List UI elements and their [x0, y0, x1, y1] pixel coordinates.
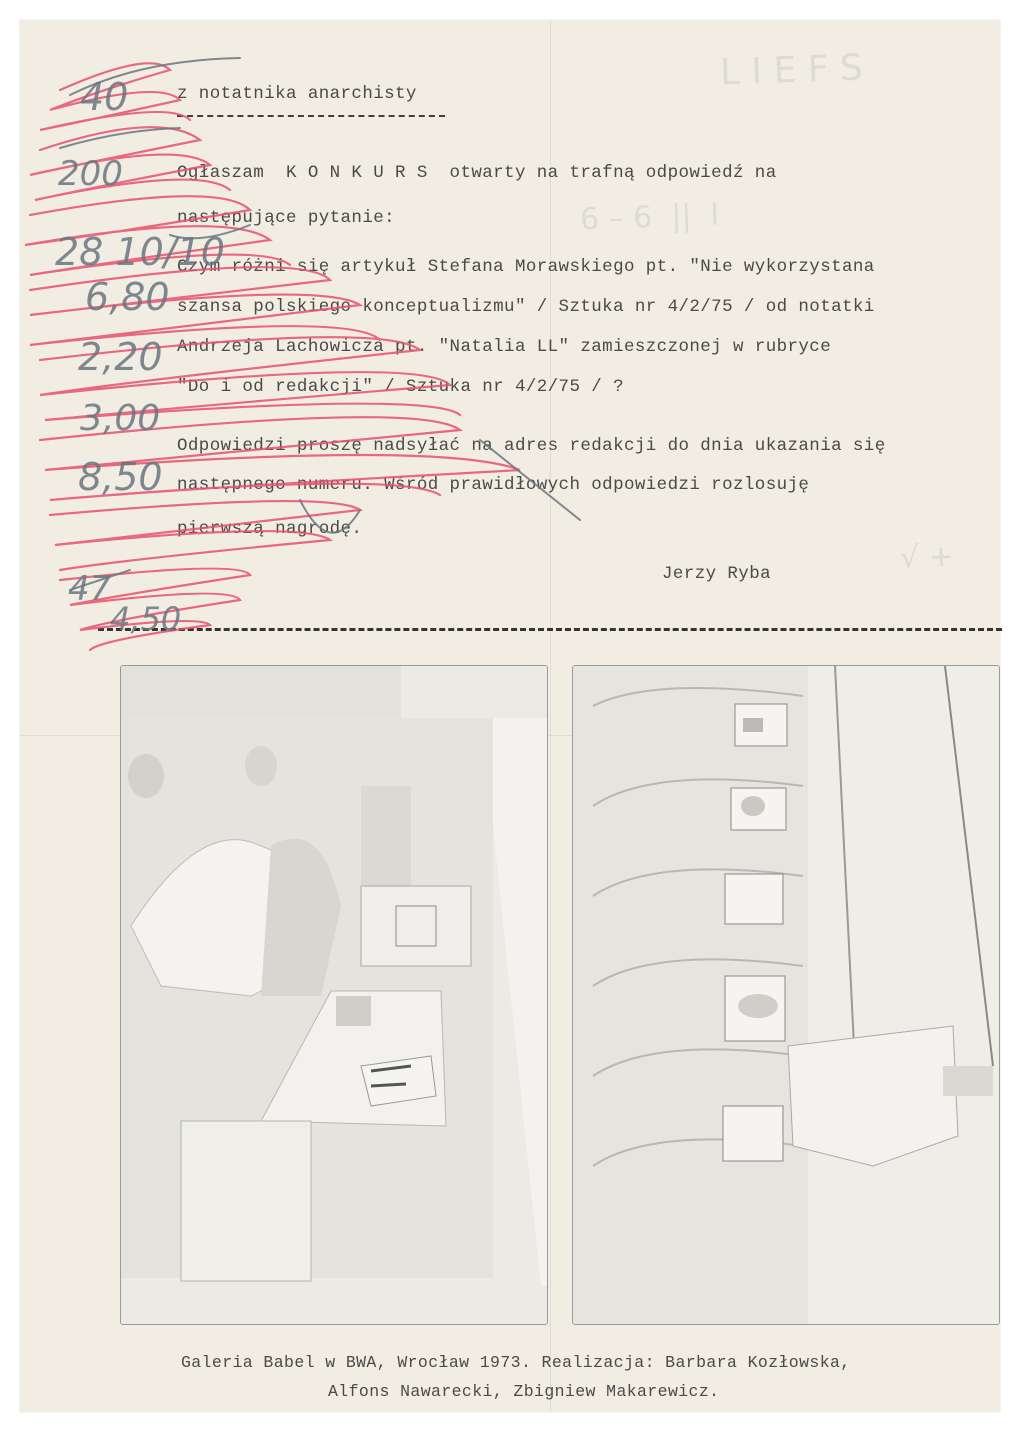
photo-right-image	[573, 666, 999, 1324]
dashed-separator	[98, 628, 1002, 631]
paragraph-line: Czym różni się artykuł Stefana Morawskie…	[177, 259, 875, 277]
photo-right	[572, 665, 1000, 1325]
photo-caption-line-1: Galeria Babel w BWA, Wrocław 1973. Reali…	[181, 1355, 851, 1372]
paragraph-line: Odpowiedzi proszę nadsyłać na adres reda…	[177, 438, 886, 456]
paragraph-line: szansa polskiego konceptualizmu" / Sztuk…	[177, 299, 875, 317]
document-header: z notatnika anarchisty	[177, 86, 417, 104]
photo-caption-line-2: Alfons Nawarecki, Zbigniew Makarewicz.	[328, 1384, 719, 1401]
bleed-through-marks: L I E F S	[719, 48, 863, 94]
paragraph-line: Ogłaszam K O N K U R S otwarty na trafną…	[177, 165, 777, 183]
paper-fold-vertical	[550, 20, 551, 1412]
bleed-through-marks: 6 – 6 || l	[579, 198, 719, 238]
paragraph-line: Andrzeja Lachowicza pt. "Natalia LL" zam…	[177, 339, 831, 357]
paragraph-line: pierwszą nagrodę.	[177, 521, 362, 539]
signature: Jerzy Ryba	[662, 566, 771, 584]
photo-left-image	[121, 666, 547, 1324]
paragraph-line: następujące pytanie:	[177, 210, 395, 228]
paragraph-line: następnego numeru. Wśród prawidłowych od…	[177, 477, 809, 495]
paragraph-line: "Do i od redakcji" / Sztuka nr 4/2/75 / …	[177, 379, 624, 397]
header-underline	[177, 115, 445, 117]
bleed-through-marks: √ +	[899, 539, 954, 576]
photo-left	[120, 665, 548, 1325]
